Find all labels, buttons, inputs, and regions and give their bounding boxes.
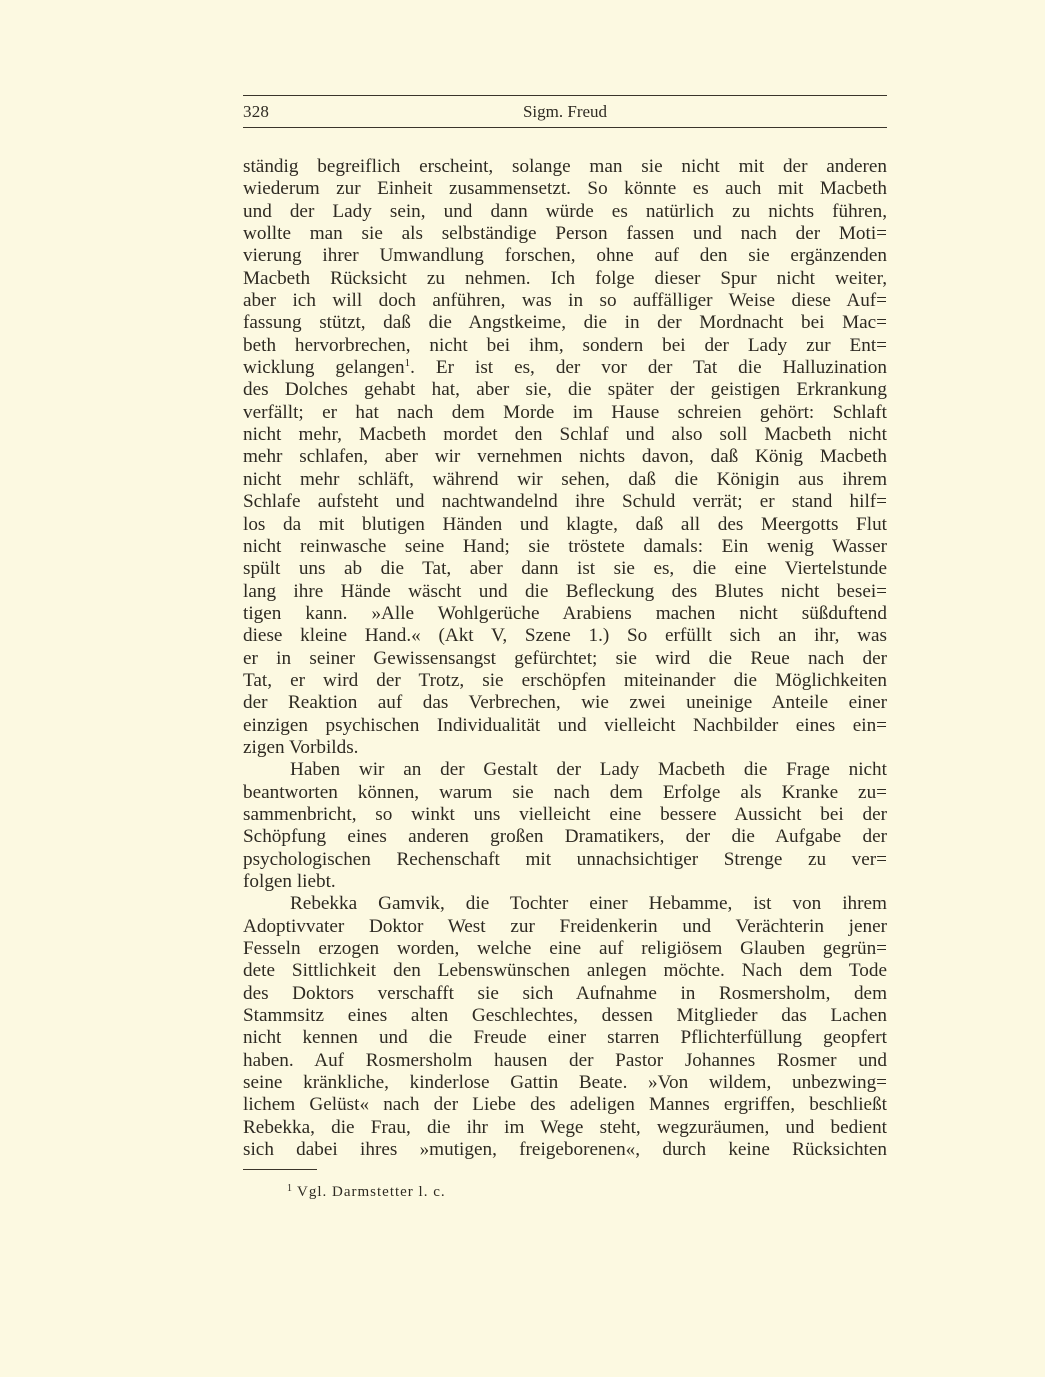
text-line: sammenbricht, so winkt uns vielleicht ei… [243,804,887,826]
text-line-with-footnote-ref: wicklung gelangen1. Er ist es, der vor d… [243,357,887,379]
text-line: er in seiner Gewissensangst gefürchtet; … [243,648,887,670]
text-line: und der Lady sein, und dann würde es nat… [243,201,887,223]
text-line: Schöpfung eines anderen großen Dramatike… [243,826,887,848]
text-line: Rebekka, die Frau, die ihr im Wege steht… [243,1117,887,1139]
text-line: ständig begreiflich erscheint, solange m… [243,156,887,178]
paragraph-end-line: zigen Vorbilds. [243,737,887,759]
text-line: lang ihre Hände wäscht und die Befleckun… [243,581,887,603]
footnote: 1Vgl. Darmstetter l. c. [287,1182,446,1202]
text-line: Stammsitz eines alten Geschlechtes, dess… [243,1005,887,1027]
text-line: verfällt; er hat nach dem Morde im Hause… [243,402,887,424]
text-line: Adoptivvater Doktor West zur Freidenkeri… [243,916,887,938]
paragraph-start-line: Rebekka Gamvik, die Tochter einer Hebamm… [243,893,887,915]
text-line: des Doktors verschafft sie sich Aufnahme… [243,983,887,1005]
text-line: wollte man sie als selbständige Person f… [243,223,887,245]
text-line: los da mit blutigen Händen und klagte, d… [243,514,887,536]
text-line: nicht mehr schläft, während wir sehen, d… [243,469,887,491]
text-line: nicht reinwasche seine Hand; sie tröstet… [243,536,887,558]
footnote-text: Vgl. Darmstetter l. c. [297,1184,446,1200]
text-line: haben. Auf Rosmersholm hausen der Pastor… [243,1050,887,1072]
text-line: dete Sittlichkeit den Lebenswünschen anl… [243,960,887,982]
text-line: tigen kann. »Alle Wohlgerüche Arabiens m… [243,603,887,625]
text-line: einzigen psychischen Individualität und … [243,715,887,737]
text-line: beth hervorbrechen, nicht bei ihm, sonde… [243,335,887,357]
text-line: lichem Gelüst« nach der Liebe des adelig… [243,1094,887,1116]
text-line: mehr schlafen, aber wir vernehmen nichts… [243,446,887,468]
header-rule-bottom [243,127,887,128]
footnote-rule [243,1169,317,1170]
text-line: sich dabei ihres »mutigen, freigeborenen… [243,1139,887,1161]
text-line: des Dolches gehabt hat, aber sie, die sp… [243,379,887,401]
body-text: ständig begreiflich erscheint, solange m… [243,156,887,1161]
text-fragment: . Er ist es, der vor der Tat die Halluzi… [410,357,887,378]
text-line: vierung ihrer Umwandlung forschen, ohne … [243,245,887,267]
text-line: Fesseln erzogen worden, welche eine auf … [243,938,887,960]
text-line: nicht kennen und die Freude einer starre… [243,1027,887,1049]
header-rule-top [243,95,887,96]
footnote-mark: 1 [287,1183,293,1194]
text-line: nicht mehr, Macbeth mordet den Schlaf un… [243,424,887,446]
text-line: fassung stützt, daß die Angstkeime, die … [243,312,887,334]
text-line: seine kränkliche, kinderlose Gattin Beat… [243,1072,887,1094]
text-line: aber ich will doch anführen, was in so a… [243,290,887,312]
text-fragment: wicklung gelangen [243,357,405,378]
text-line: der Reaktion auf das Verbrechen, wie zwe… [243,692,887,714]
text-line: beantworten können, warum sie nach dem E… [243,782,887,804]
text-line: spült uns ab die Tat, aber dann ist sie … [243,558,887,580]
text-line: wiederum zur Einheit zusammensetzt. So k… [243,178,887,200]
text-line: diese kleine Hand.« (Akt V, Szene 1.) So… [243,625,887,647]
paragraph-start-line: Haben wir an der Gestalt der Lady Macbet… [243,759,887,781]
text-line: Macbeth Rücksicht zu nehmen. Ich folge d… [243,268,887,290]
paragraph-end-line: folgen liebt. [243,871,887,893]
running-head: 328 Sigm. Freud [243,101,887,123]
running-title: Sigm. Freud [243,101,887,123]
text-line: Schlafe aufsteht und nachtwandelnd ihre … [243,491,887,513]
text-line: psychologischen Rechenschaft mit unnachs… [243,849,887,871]
text-line: Tat, er wird der Trotz, sie erschöpfen m… [243,670,887,692]
